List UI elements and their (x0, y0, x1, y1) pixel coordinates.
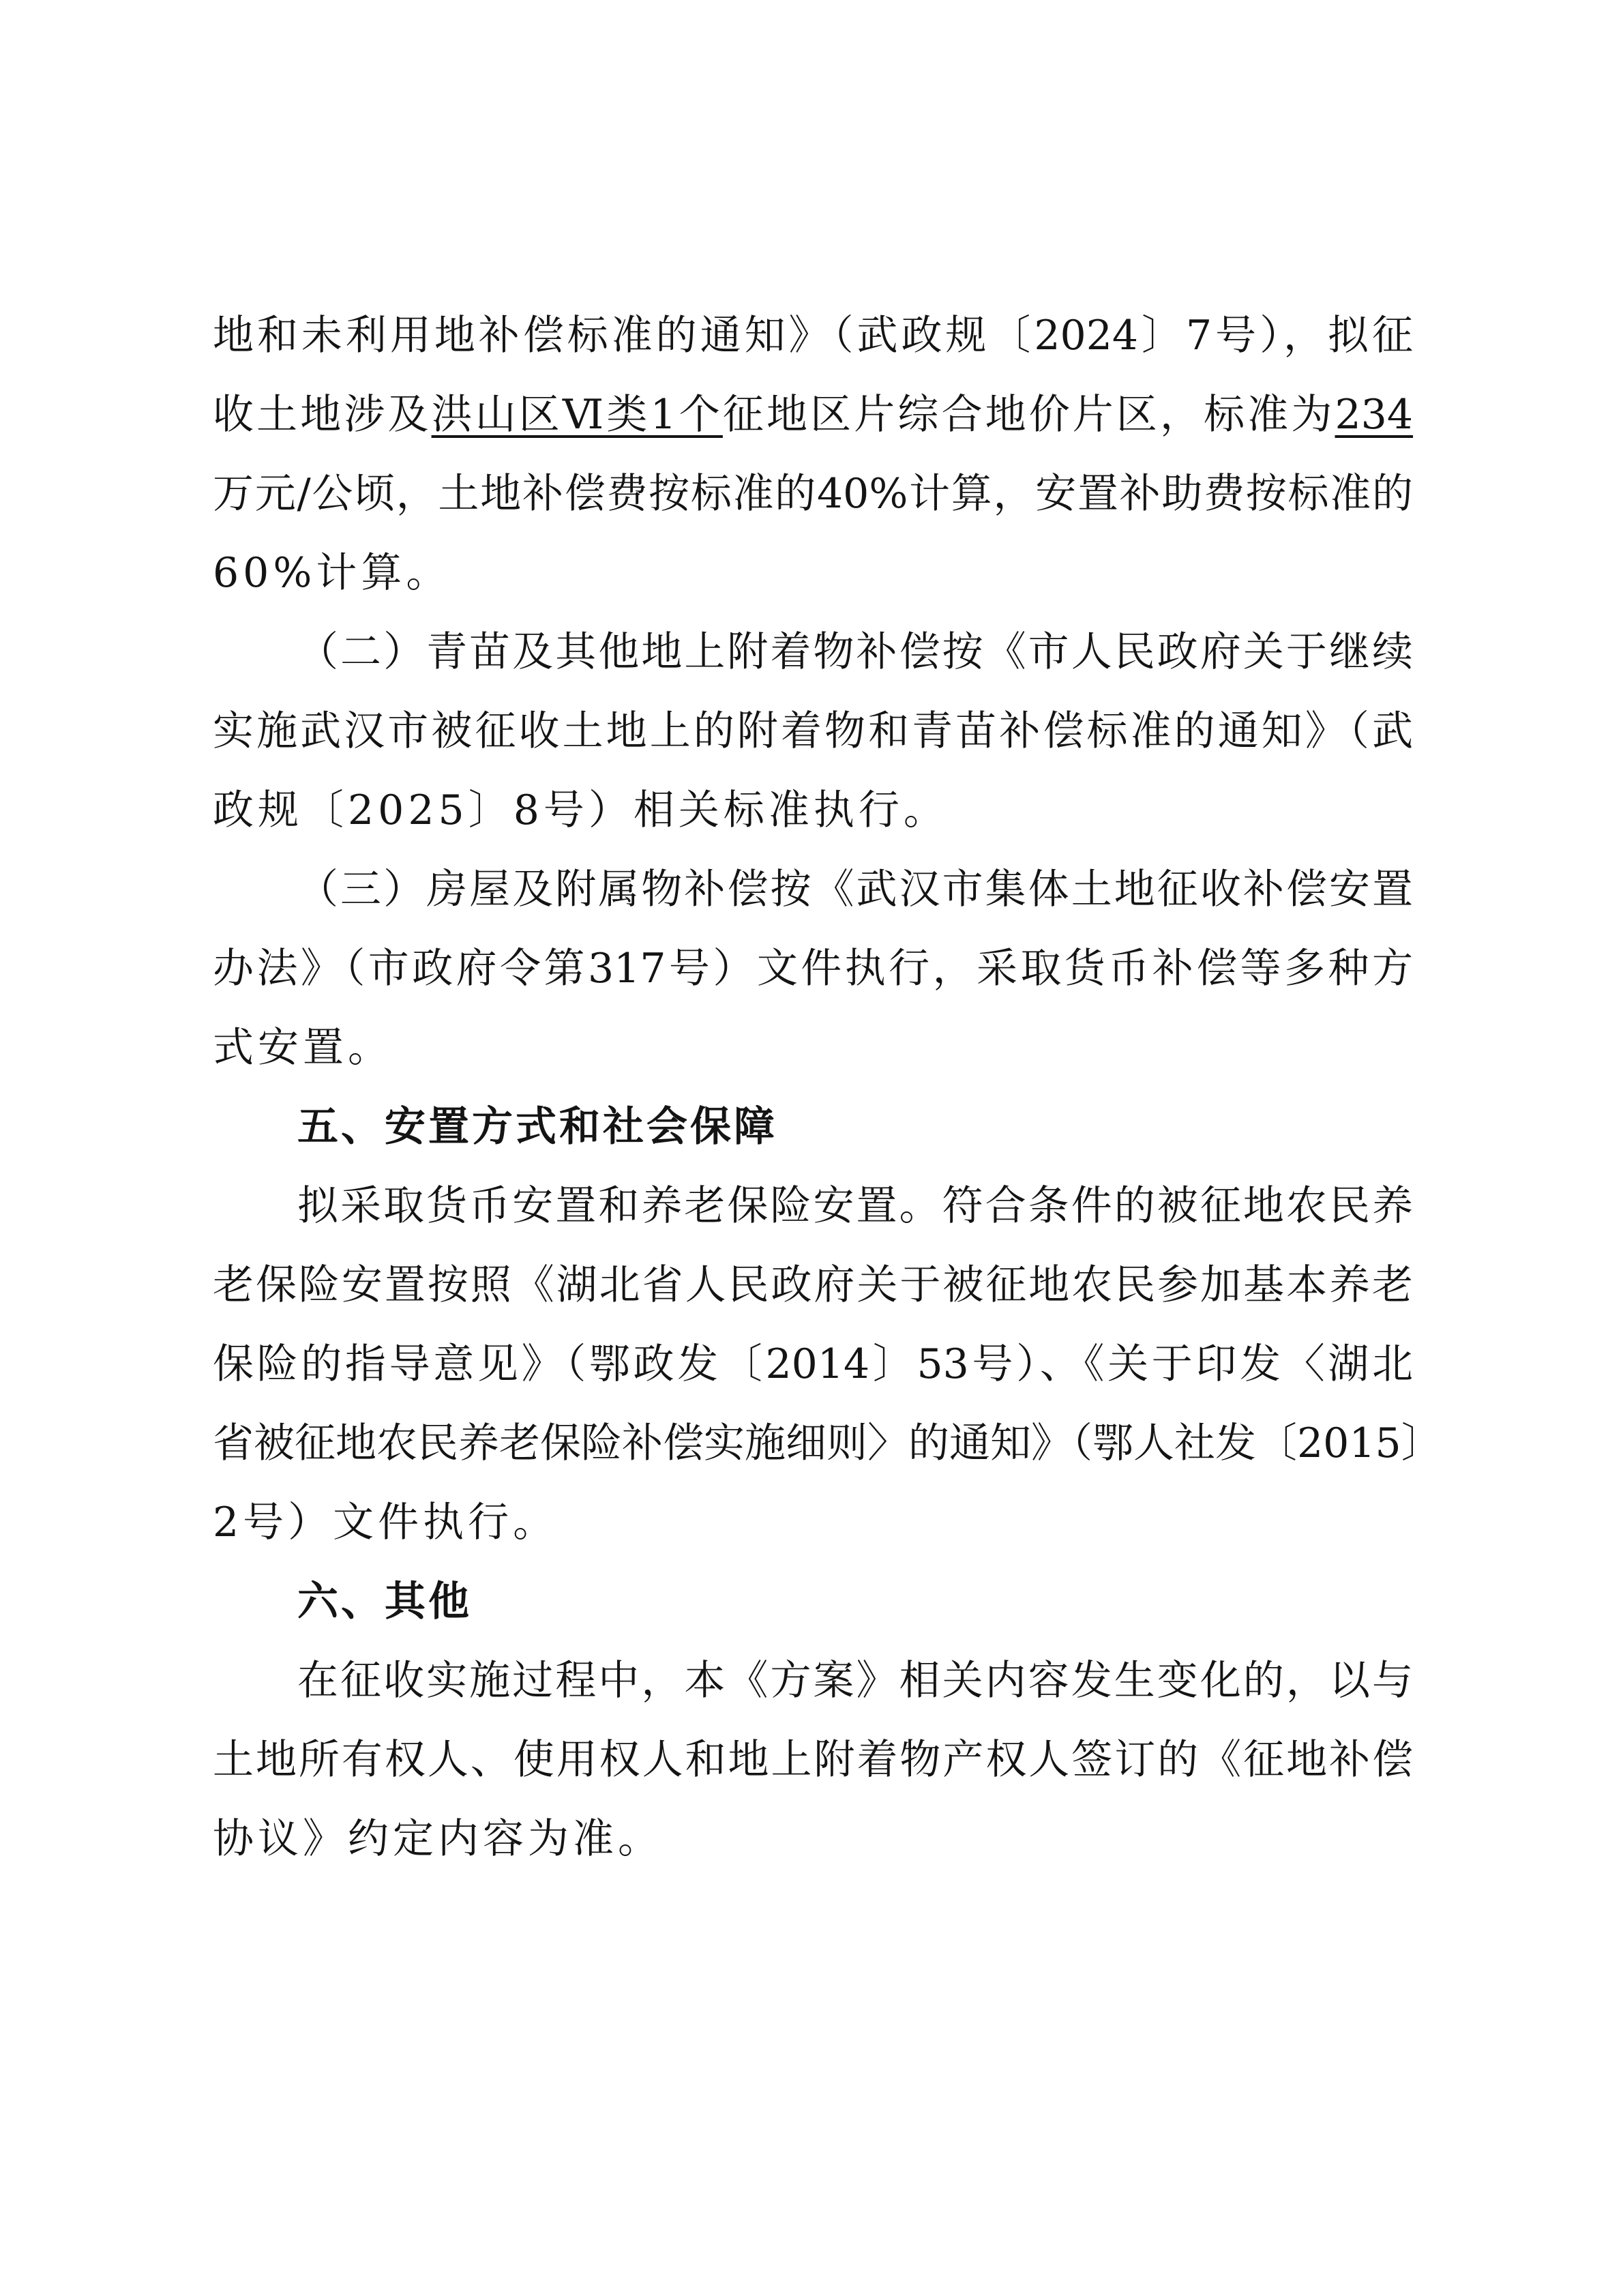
paragraph-line: 协议》约定内容为准。 (213, 1799, 1413, 1879)
paragraph-line: 政规〔2025〕8号）相关标准执行。 (213, 771, 1413, 850)
underlined-standard-value: 234 (1335, 391, 1414, 439)
section-heading-six: 六、其他 (297, 1562, 1413, 1641)
paragraph-line: 60%计算。 (213, 533, 1413, 613)
paragraph-line: 省被征地农民养老保险补偿实施细则〉的通知》（鄂人社发〔2015〕 (213, 1404, 1413, 1483)
text-run: 收土地涉及 (213, 391, 432, 439)
paragraph-line: 实施武汉市被征收土地上的附着物和青苗补偿标准的通知》（武 (213, 692, 1413, 771)
section-heading-five: 五、安置方式和社会保障 (297, 1087, 1413, 1166)
paragraph-line: 式安置。 (213, 1008, 1413, 1087)
paragraph-line: （三）房屋及附属物补偿按《武汉市集体土地征收补偿安置 (297, 850, 1413, 929)
paragraph-line: 2号）文件执行。 (213, 1483, 1413, 1562)
text-run: 征地区片综合地价片区，标准为 (723, 391, 1335, 439)
paragraph-line: 老保险安置按照《湖北省人民政府关于被征地农民参加基本养老 (213, 1246, 1413, 1325)
paragraph-line: 土地所有权人、使用权人和地上附着物产权人签订的《征地补偿 (213, 1720, 1413, 1799)
paragraph-line: 地和未利用地补偿标准的通知》（武政规〔2024〕7号），拟征 (213, 296, 1413, 375)
paragraph-line: 拟采取货币安置和养老保险安置。符合条件的被征地农民养 (297, 1166, 1413, 1246)
paragraph-line: （二）青苗及其他地上附着物补偿按《市人民政府关于继续 (297, 613, 1413, 692)
paragraph-line: 办法》（市政府令第317号）文件执行，采取货币补偿等多种方 (213, 929, 1413, 1008)
document-page: 地和未利用地补偿标准的通知》（武政规〔2024〕7号），拟征 收土地涉及洪山区Ⅵ… (0, 0, 1623, 2296)
paragraph-line: 保险的指导意见》（鄂政发〔2014〕53号）、《关于印发〈湖北 (213, 1325, 1413, 1404)
paragraph-line: 万元/公顷，土地补偿费按标准的40%计算，安置补助费按标准的 (213, 454, 1413, 533)
underlined-district-class: 洪山区Ⅵ类1个 (432, 391, 723, 439)
paragraph-line: 在征收实施过程中，本《方案》相关内容发生变化的，以与 (297, 1641, 1413, 1720)
paragraph-line: 收土地涉及洪山区Ⅵ类1个征地区片综合地价片区，标准为234 (213, 375, 1413, 454)
